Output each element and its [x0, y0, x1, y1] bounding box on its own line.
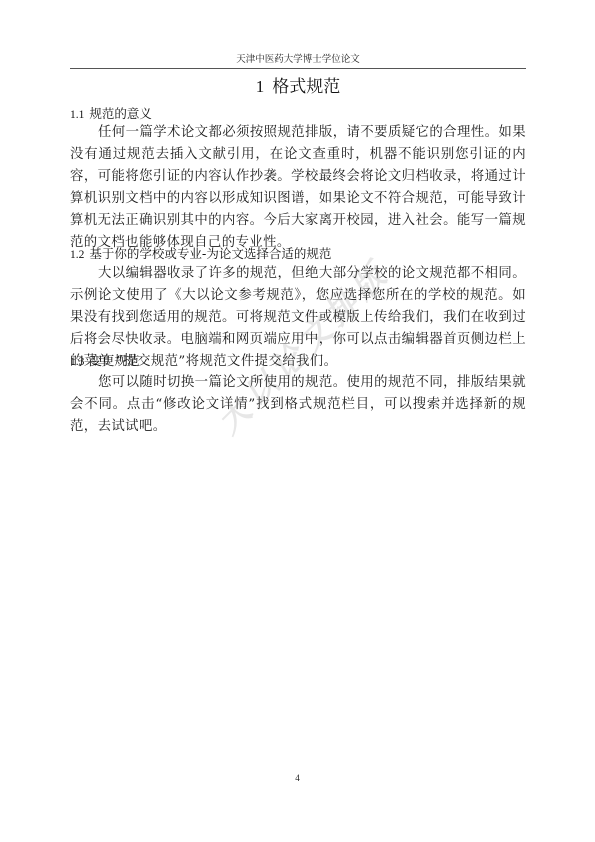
section-heading-1-1: 1.1规范的意义	[70, 106, 526, 123]
section-number: 1.1	[70, 109, 84, 121]
page-number: 4	[0, 773, 595, 783]
section-title: 规范的意义	[89, 106, 152, 121]
section-1-1-paragraph: 任何一篇学术论文都必须按照规范排版，请不要质疑它的合理性。如果没有通过规范去插入…	[70, 122, 526, 254]
chapter-title-text: 格式规范	[272, 77, 340, 97]
document-page: 天津中医药大学博士学位论文 1格式规范 1.1规范的意义 任何一篇学术论文都必须…	[0, 0, 595, 842]
chapter-title: 1格式规范	[70, 76, 526, 98]
section-title: 变更规范	[89, 353, 139, 368]
section-1-3-paragraph: 您可以随时切换一篇论文所使用的规范。使用的规范不同，排版结果就会不同。点击“修改…	[70, 372, 526, 438]
section-title: 基于你的学校或专业-为论文选择合适的规范	[89, 246, 331, 261]
section-heading-1-2: 1.2基于你的学校或专业-为论文选择合适的规范	[70, 246, 526, 263]
section-number: 1.2	[70, 249, 84, 261]
header-rule	[70, 68, 526, 69]
chapter-number: 1	[256, 77, 265, 96]
section-number: 1.3	[70, 356, 84, 368]
running-header: 天津中医药大学博士学位论文	[70, 54, 526, 66]
section-heading-1-3: 1.3变更规范	[70, 353, 526, 370]
